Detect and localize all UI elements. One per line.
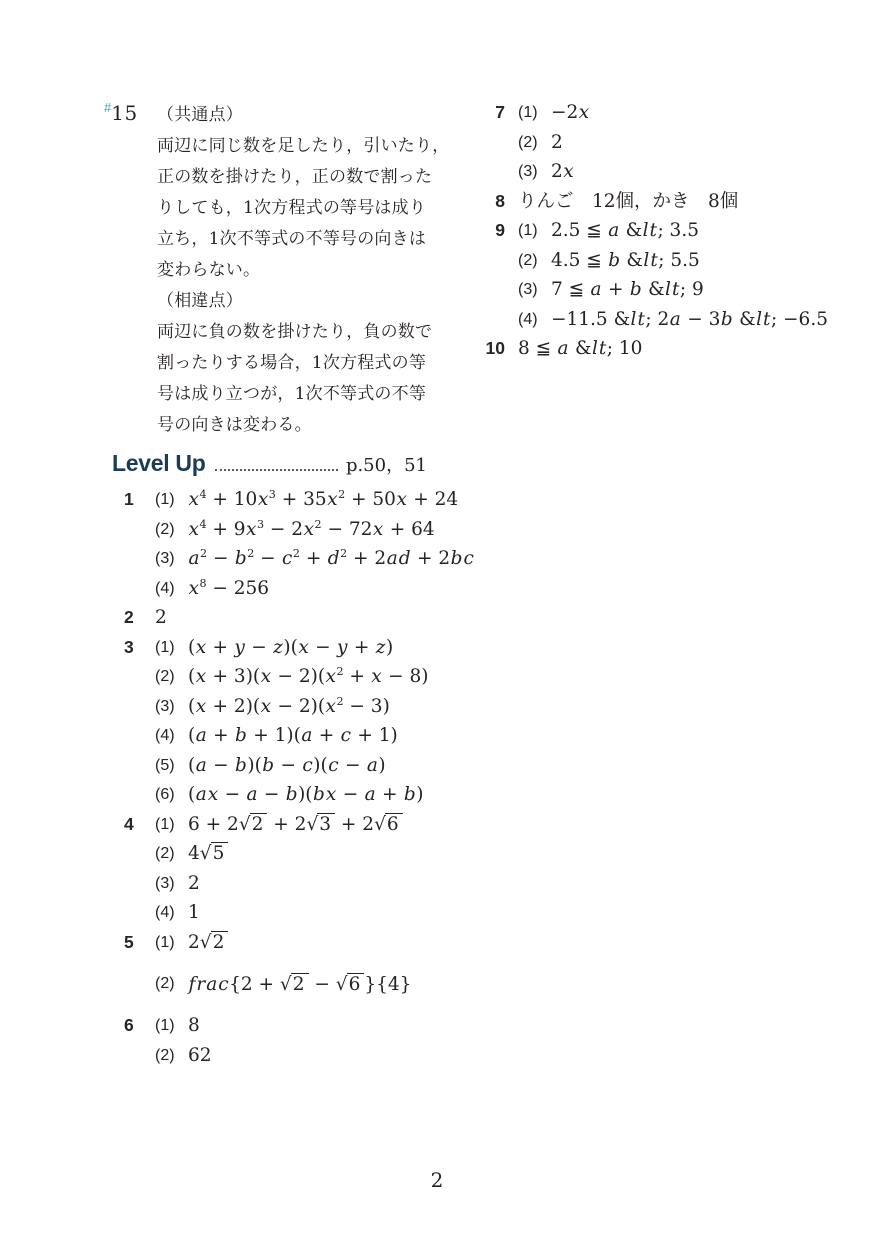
- answer-line: 号は成り立つが，1次不等式の不等: [157, 379, 439, 410]
- answer-value: frac{2 + √2 − √6}{4}: [188, 973, 411, 995]
- item-label: (3): [155, 692, 188, 722]
- problem-number: 2: [124, 603, 155, 633]
- answer-value: 4√5: [188, 839, 228, 869]
- answer-row: (3)7 ≦ a + b &lt; 9: [482, 275, 828, 305]
- problem-number: [124, 751, 155, 781]
- answer-value: 4.5 ≦ b &lt; 5.5: [551, 246, 700, 276]
- answer-row: (3)a2 − b2 − c2 + d2 + 2ad + 2bc: [124, 544, 474, 574]
- answer-row: (4)(a + b + 1)(a + c + 1): [124, 721, 474, 751]
- item-label: (3): [155, 544, 188, 574]
- item-label: (1): [518, 216, 551, 246]
- item-label: (6): [155, 780, 188, 810]
- answer-row: (2)x4 + 9x3 − 2x2 − 72x + 64: [124, 515, 474, 545]
- item-label: (2): [518, 246, 551, 276]
- answer-row: (2)(x + 3)(x − 2)(x2 + x − 8): [124, 662, 474, 692]
- problem-number: 15: [111, 101, 137, 125]
- problem-number: [124, 574, 155, 604]
- item-label: (2): [155, 662, 188, 692]
- problem-number: [482, 128, 518, 158]
- right-answers-column: 7(1)−2x(2)2(3)2x8りんご 12個，かき 8個9(1)2.5 ≦ …: [482, 98, 828, 364]
- answer-value: 7 ≦ a + b &lt; 9: [551, 275, 704, 305]
- answer-row: (6)(ax − a − b)(bx − a + b): [124, 780, 474, 810]
- answer-value: x4 + 9x3 − 2x2 − 72x + 64: [188, 515, 435, 545]
- item-label: (1): [518, 98, 551, 128]
- answer-value: りんご 12個，かき 8個: [518, 187, 738, 217]
- problem-number: [124, 898, 155, 928]
- answer-value: 2.5 ≦ a &lt; 3.5: [551, 216, 699, 246]
- answer-line: 割ったりする場合，1次方程式の等: [157, 348, 439, 379]
- item-label: (2): [518, 128, 551, 158]
- item-label: (1): [155, 928, 188, 958]
- item-label: (3): [518, 275, 551, 305]
- answer-row: (3)2x: [482, 157, 828, 187]
- answer-value: 62: [188, 1041, 212, 1071]
- problem-number: [124, 544, 155, 574]
- answer-value: 2: [155, 603, 167, 633]
- answer-row: 9(1)2.5 ≦ a &lt; 3.5: [482, 216, 828, 246]
- answer-row: (3)2: [124, 869, 474, 899]
- problem-number: 4: [124, 810, 155, 840]
- item-label: (1): [155, 810, 188, 840]
- answer-row: (2)62: [124, 1041, 474, 1071]
- answer-value: −2x: [551, 98, 590, 128]
- problem-number: 7: [482, 98, 518, 128]
- answer-value: (a − b)(b − c)(c − a): [188, 751, 386, 781]
- answer-value: x8 − 256: [188, 574, 269, 604]
- item-label: (1): [155, 485, 188, 515]
- problem-number: [124, 869, 155, 899]
- answer-row: 6(1)8: [124, 1011, 474, 1041]
- item-label: (2): [155, 515, 188, 545]
- levelup-header: Level Up p.50，51: [112, 450, 427, 477]
- answer-value: (a + b + 1)(a + c + 1): [188, 721, 398, 751]
- answer-value: 1: [188, 898, 200, 928]
- item-label: (5): [155, 751, 188, 781]
- problem-15-block: #15 （共通点）両辺に同じ数を足したり，引いたり，正の数を掛けたり，正の数で割…: [104, 100, 439, 441]
- item-label: (2): [155, 839, 188, 869]
- answer-value: 8: [188, 1011, 200, 1041]
- problem-number: [124, 515, 155, 545]
- answer-value: −11.5 &lt; 2a − 3b &lt; −6.5: [551, 305, 828, 335]
- problem-number: [124, 662, 155, 692]
- answer-row: 4(1)6 + 2√2 + 2√3 + 2√6: [124, 810, 474, 840]
- item-label: (2): [155, 1041, 188, 1071]
- left-answers-column: 1(1)x4 + 10x3 + 35x2 + 50x + 24(2)x4 + 9…: [124, 485, 474, 1070]
- answer-row: (2)4√5: [124, 839, 474, 869]
- problem-number: [124, 1041, 155, 1071]
- answer-line: （相違点）: [157, 286, 439, 317]
- answer-row: 3(1)(x + y − z)(x − y + z): [124, 633, 474, 663]
- answer-line: （共通点）: [157, 100, 439, 131]
- answer-value: 2: [551, 128, 563, 158]
- problem-number: 6: [124, 1011, 155, 1041]
- answer-row: 1(1)x4 + 10x3 + 35x2 + 50x + 24: [124, 485, 474, 515]
- answer-line: 両辺に負の数を掛けたり，負の数で: [157, 317, 439, 348]
- page-number: 2: [0, 1168, 874, 1192]
- problem-number: 10: [482, 334, 518, 364]
- item-label: (4): [155, 898, 188, 928]
- item-label: (2): [155, 975, 188, 993]
- item-label: (4): [155, 721, 188, 751]
- problem-number: 1: [124, 485, 155, 515]
- problem-number: 3: [124, 633, 155, 663]
- problem-number: [482, 275, 518, 305]
- item-label: (3): [155, 869, 188, 899]
- answer-value: x4 + 10x3 + 35x2 + 50x + 24: [188, 485, 458, 515]
- problem-number: [482, 305, 518, 335]
- item-label: (4): [155, 574, 188, 604]
- answer-value: 2√2: [188, 928, 228, 958]
- answer-row: 8りんご 12個，かき 8個: [482, 187, 828, 217]
- answer-row: 108 ≦ a &lt; 10: [482, 334, 828, 364]
- answer-row: (4)x8 − 256: [124, 574, 474, 604]
- answer-line: 正の数を掛けたり，正の数で割った: [157, 162, 439, 193]
- item-label: (1): [155, 633, 188, 663]
- answer-line: 号の向きは変わる。: [157, 410, 439, 441]
- problem-number: [482, 246, 518, 276]
- answer-value: a2 − b2 − c2 + d2 + 2ad + 2bc: [188, 544, 474, 574]
- problem-number: [124, 721, 155, 751]
- answer-row: 5(1)2√2: [124, 928, 474, 958]
- answer-value: (ax − a − b)(bx − a + b): [188, 780, 423, 810]
- answer-page: #15 （共通点）両辺に同じ数を足したり，引いたり，正の数を掛けたり，正の数で割…: [0, 0, 874, 1240]
- problem-number: [124, 780, 155, 810]
- answer-row: (3)(x + 2)(x − 2)(x2 − 3): [124, 692, 474, 722]
- answer-value: (x + 3)(x − 2)(x2 + x − 8): [188, 662, 428, 692]
- dotted-leader: [215, 457, 337, 471]
- problem-15-number: #15: [104, 100, 138, 125]
- levelup-page-ref: p.50，51: [346, 451, 427, 477]
- problem-number: 9: [482, 216, 518, 246]
- problem-number: 5: [124, 928, 155, 958]
- answer-row: (4)1: [124, 898, 474, 928]
- answer-line: 立ち，1次不等式の不等号の向きは: [157, 224, 439, 255]
- answer-value: 8 ≦ a &lt; 10: [518, 334, 642, 364]
- problem-number: [482, 157, 518, 187]
- item-label: (3): [518, 157, 551, 187]
- answer-value: 2x: [551, 157, 574, 187]
- problem-number: [124, 692, 155, 722]
- item-label: (1): [155, 1011, 188, 1041]
- answer-line: 両辺に同じ数を足したり，引いたり，: [157, 131, 439, 162]
- answer-row: 22: [124, 603, 474, 633]
- answer-value: 6 + 2√2 + 2√3 + 2√6: [188, 810, 403, 840]
- levelup-title: Level Up: [112, 450, 205, 477]
- answer-row: (2)4.5 ≦ b &lt; 5.5: [482, 246, 828, 276]
- item-label: (4): [518, 305, 551, 335]
- answer-row: (4)−11.5 &lt; 2a − 3b &lt; −6.5: [482, 305, 828, 335]
- problem-number: 8: [482, 187, 518, 217]
- answer-row: (5)(a − b)(b − c)(c − a): [124, 751, 474, 781]
- problem-number: [124, 839, 155, 869]
- answer-row: 7(1)−2x: [482, 98, 828, 128]
- answer-value: 2: [188, 869, 200, 899]
- answer-value: (x + 2)(x − 2)(x2 − 3): [188, 692, 390, 722]
- answer-line: りしても，1次方程式の等号は成り: [157, 193, 439, 224]
- answer-row: (2)2: [482, 128, 828, 158]
- answer-value: (x + y − z)(x − y + z): [188, 633, 393, 663]
- answer-row: (2)frac{2 + √2 − √6}{4}: [124, 957, 474, 1011]
- answer-line: 変わらない。: [157, 255, 439, 286]
- problem-15-text: （共通点）両辺に同じ数を足したり，引いたり，正の数を掛けたり，正の数で割ったりし…: [157, 100, 439, 441]
